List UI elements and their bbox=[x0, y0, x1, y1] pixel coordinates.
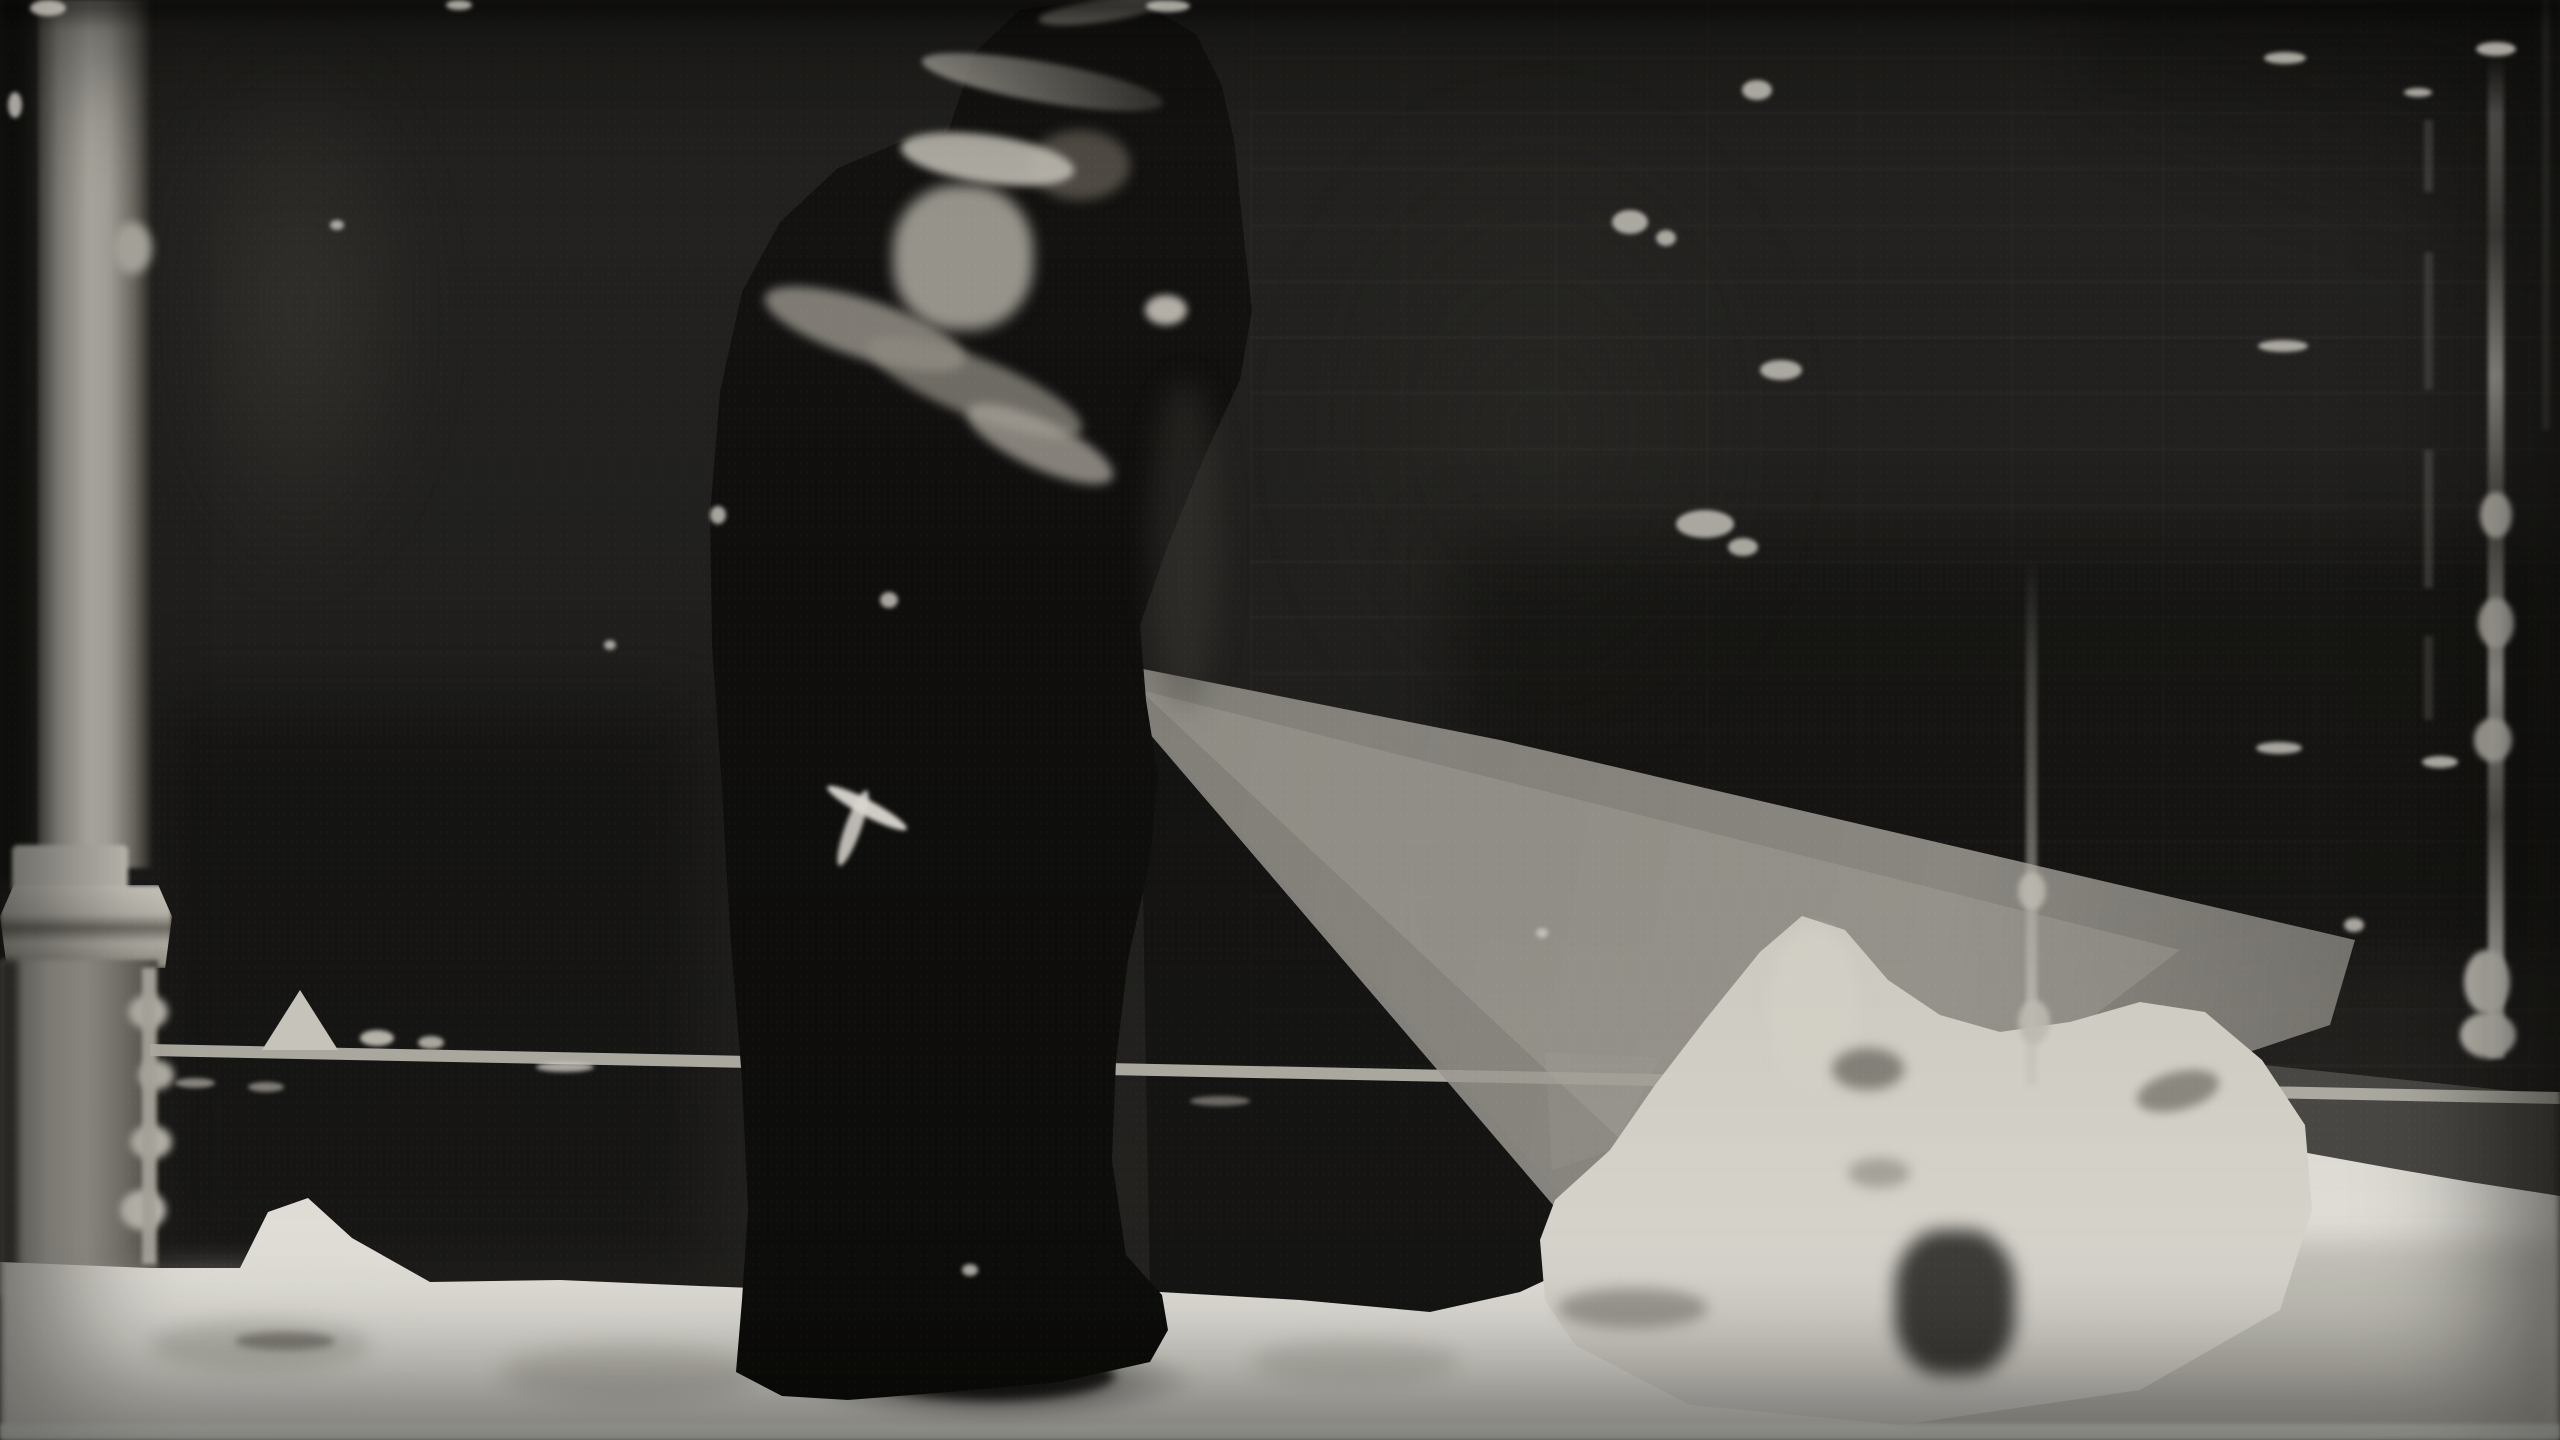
lamp-post bbox=[38, 0, 152, 868]
scratch4-knot-1 bbox=[2018, 872, 2046, 910]
sleeve-dot-highlight bbox=[1145, 295, 1187, 325]
fallen-figure-mound bbox=[0, 0, 2560, 1440]
film-dirt-speck-16 bbox=[2256, 742, 2302, 754]
film-dirt-speck-14 bbox=[2476, 42, 2516, 56]
shoulder-highlight bbox=[893, 185, 1033, 330]
film-dirt-speck-3 bbox=[1146, 0, 1190, 12]
scratch-knot-4 bbox=[2464, 950, 2510, 1014]
film-dirt-speck-19 bbox=[880, 592, 898, 608]
film-dirt-speck-4 bbox=[8, 92, 22, 118]
scratch-knot-1 bbox=[2480, 492, 2512, 538]
snow-mottle-1 bbox=[150, 1320, 370, 1370]
railing-post bbox=[142, 968, 156, 1264]
film-grain bbox=[0, 0, 2560, 1440]
railing-dash-below-3 bbox=[1190, 1096, 1250, 1106]
scratch-knot-5 bbox=[2460, 1012, 2516, 1058]
background-wall bbox=[0, 0, 2560, 1440]
pedestal-collar bbox=[0, 885, 172, 968]
boot-shadow bbox=[790, 1338, 1200, 1422]
lantern-beam bbox=[0, 0, 2560, 1440]
film-dirt-speck-22 bbox=[1536, 928, 1548, 938]
film-dirt-speck-10 bbox=[1728, 538, 1758, 556]
film-dirt-speck-23 bbox=[604, 640, 616, 650]
railing-bump-2 bbox=[418, 1036, 444, 1049]
fallen-figure-shade-1 bbox=[1832, 1048, 1904, 1090]
fallen-figure-shade-3 bbox=[1848, 1158, 1910, 1188]
film-dirt-speck-17 bbox=[2422, 756, 2458, 768]
film-dirt-speck-8 bbox=[1760, 360, 1802, 380]
corner-darken-top-right bbox=[2080, 0, 2560, 320]
snow-dark-gap bbox=[1895, 1230, 2015, 1375]
film-dirt-speck-9 bbox=[1676, 510, 1734, 538]
film-scratch-2 bbox=[2424, 120, 2433, 720]
film-dirt-speck-7 bbox=[1742, 80, 1772, 100]
fallen-figure-arm-shadow bbox=[1558, 1288, 1708, 1328]
under-beam-shadow bbox=[0, 0, 2560, 1440]
pedestal-snow-bump-2 bbox=[138, 1060, 174, 1090]
brick-row-texture bbox=[1250, 0, 2560, 1120]
scratch-knot-2 bbox=[2478, 598, 2514, 648]
railing-bump-1 bbox=[360, 1030, 394, 1046]
snow-dim-right bbox=[1900, 1240, 2560, 1440]
waist-sparkle-a bbox=[824, 780, 911, 836]
snow-bottom-bright-strip bbox=[0, 1424, 2560, 1440]
lantern-beam-core bbox=[0, 0, 2560, 1440]
film-still bbox=[0, 0, 2560, 1440]
sleeve-streak-2 bbox=[858, 317, 1093, 457]
snow-corner-bright bbox=[0, 1250, 430, 1440]
film-dirt-speck-20 bbox=[962, 1264, 978, 1276]
haze-right-of-pole bbox=[165, 30, 435, 590]
brick-column-texture bbox=[1250, 0, 2560, 1120]
shadow-lower-left bbox=[150, 700, 710, 1270]
haze-upper-mid bbox=[1280, 80, 1800, 780]
snow-mottle-3 bbox=[1250, 1340, 1460, 1384]
film-dirt-speck-11 bbox=[2264, 52, 2306, 64]
sleeve-streak-3 bbox=[957, 388, 1122, 499]
pedestal-neck bbox=[12, 845, 128, 893]
scratch-knot-3 bbox=[2474, 718, 2512, 762]
fallen-figure-head-highlight bbox=[1768, 928, 1860, 1093]
film-dirt-speck-21 bbox=[536, 1062, 594, 1072]
ground-gray-zone-left bbox=[0, 0, 2560, 1440]
scratch4-knot-2 bbox=[2018, 1000, 2050, 1044]
film-dirt-speck-2 bbox=[446, 0, 472, 10]
pedestal-snow-bump-4 bbox=[120, 1190, 166, 1230]
cheek-highlight bbox=[1030, 130, 1130, 200]
standing-man-silhouette bbox=[0, 0, 2560, 1440]
lamp-post-snow-clump bbox=[112, 222, 152, 274]
top-edge-darkening bbox=[0, 0, 2560, 30]
collar-highlight bbox=[898, 123, 1078, 195]
film-scratch-main bbox=[2488, 54, 2504, 1058]
pedestal-snow-bump-1 bbox=[128, 995, 168, 1029]
pedestal-body bbox=[0, 960, 158, 1295]
ground-gray-zone-right bbox=[0, 0, 2560, 1440]
vignette bbox=[0, 0, 2560, 1440]
pedestal-snow-bump-3 bbox=[130, 1125, 172, 1159]
fallen-figure-shade-2 bbox=[2133, 1062, 2224, 1119]
snow-mottle-dark-dash bbox=[235, 1332, 335, 1350]
waist-sparkle-b bbox=[832, 788, 874, 869]
hat-top-highlight bbox=[1037, 0, 1164, 31]
snow-mottle-2 bbox=[500, 1345, 760, 1401]
film-scratch-4 bbox=[2026, 556, 2037, 1086]
film-scratch-3 bbox=[2542, 0, 2550, 430]
film-dirt-speck-1 bbox=[30, 0, 66, 16]
left-edge-dark-strip bbox=[0, 0, 26, 880]
snow-ground bbox=[0, 0, 2560, 1440]
film-dirt-speck-5 bbox=[1612, 210, 1648, 234]
sleeve-streak-1 bbox=[756, 269, 974, 389]
film-dirt-speck-12 bbox=[2404, 88, 2432, 97]
boot-shadow-core bbox=[865, 1352, 1115, 1400]
film-dirt-speck-13 bbox=[2258, 340, 2308, 352]
shadow-above-beam bbox=[1450, 540, 2560, 960]
film-dirt-speck-15 bbox=[2344, 918, 2364, 932]
film-dirt-speck-6 bbox=[1656, 230, 1676, 246]
railing-dash-below-1 bbox=[175, 1078, 215, 1088]
pedestal-left-shade bbox=[0, 960, 18, 1295]
railing-snow-peak bbox=[0, 0, 2560, 1440]
coat-front-sheen bbox=[1150, 380, 1220, 710]
railing-wire bbox=[0, 0, 2560, 1440]
film-dirt-speck-24 bbox=[330, 220, 344, 230]
railing-dash-below-2 bbox=[248, 1082, 284, 1092]
hat-brim-highlight bbox=[918, 41, 1166, 123]
film-dirt-speck-18 bbox=[710, 506, 726, 524]
